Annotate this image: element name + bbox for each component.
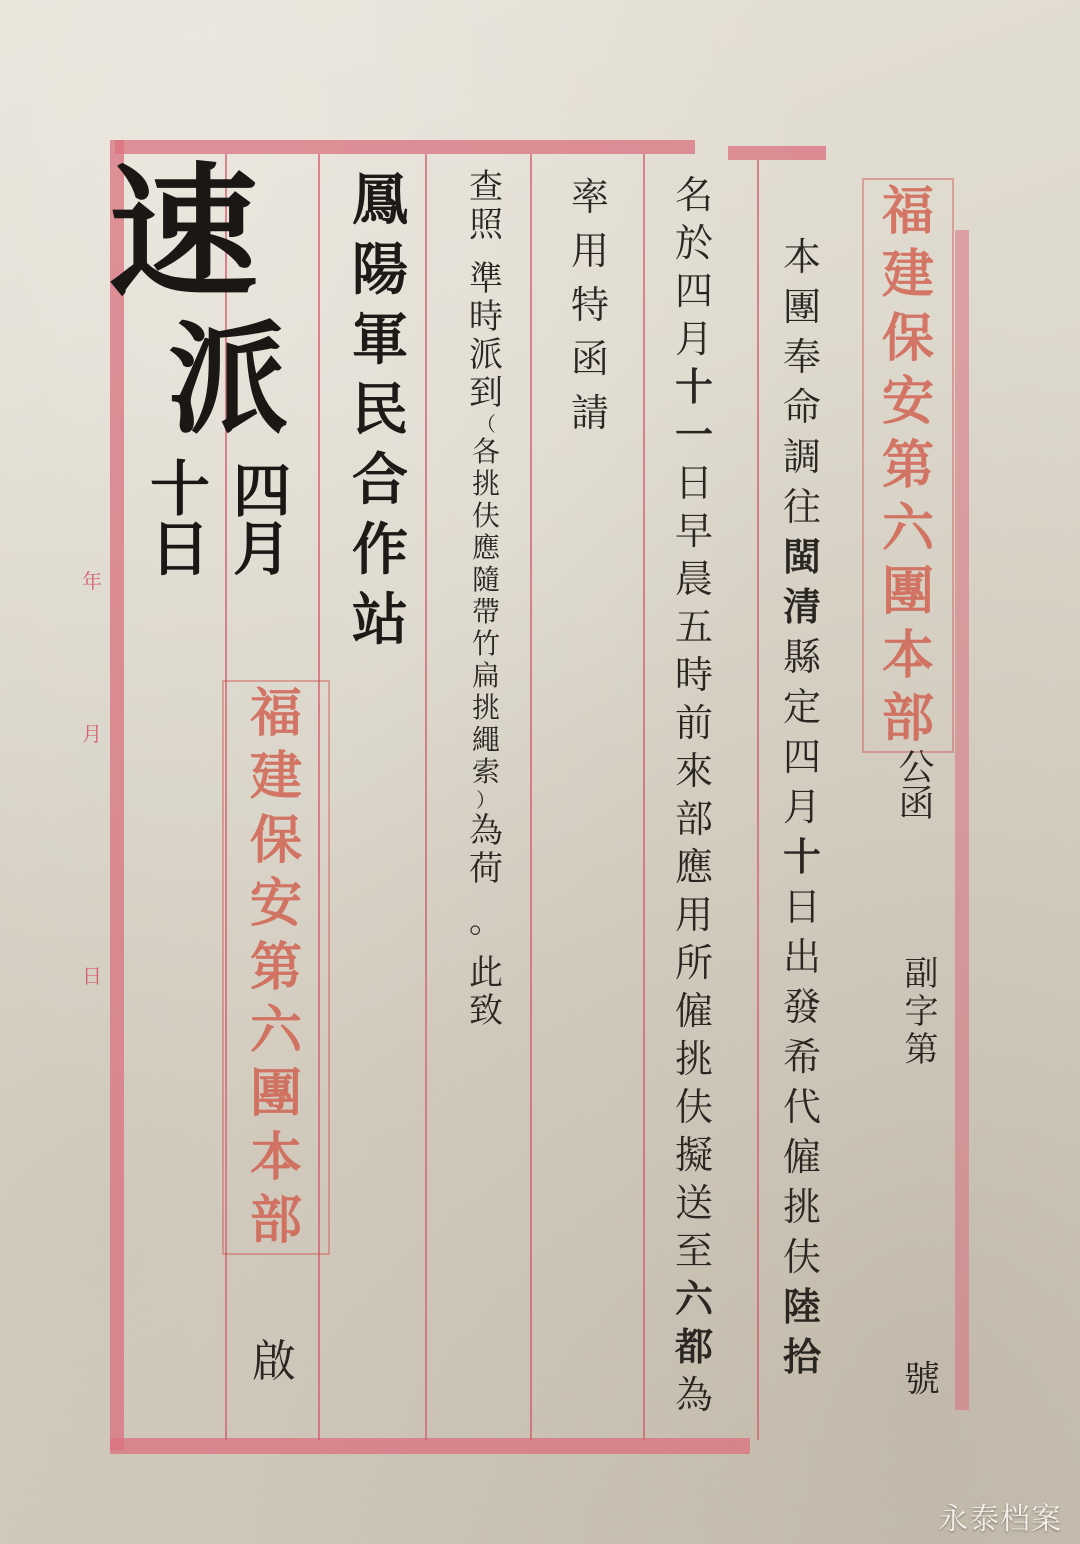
official-seal-lower: 福 建 保 安 第 六 團 本 部 [222,680,330,1255]
char: 月 [675,320,713,358]
frame-right [955,230,969,1410]
char: 伕 [675,1088,713,1126]
closing-text: 啟 [252,1340,296,1384]
body-column-2: 名 於 四 月 十 一 日 早 晨 五 時 前 來 部 應 用 所 僱 挑 伕 … [664,176,724,1414]
char: 清 [783,588,821,626]
annotation-char-2: 派 [168,320,288,440]
body-column-3: 率 用 特 函 請 [560,178,620,432]
char: 出 [783,938,821,976]
char: 準 [469,262,503,296]
seal-char: 六 [250,1005,302,1057]
char: 六 [675,1280,713,1318]
char: 來 [675,752,713,790]
serial-prefix-text: 副字第 [901,955,935,1069]
char: 照 [469,208,503,242]
char: 。 [469,904,503,938]
char: 定 [783,688,821,726]
char: 希 [783,1038,821,1076]
char: 合 [352,452,408,508]
char: 竹 [472,630,500,658]
letter-type-label: 公函 [888,748,938,820]
char: 應 [472,534,500,562]
char: 民 [352,382,408,438]
char: 應 [675,848,713,886]
char: 十 [783,838,821,876]
char: 早 [675,512,713,550]
seal-char: 部 [882,693,934,745]
char: 挑 [472,694,500,722]
char: 往 [783,488,821,526]
char: 一 [675,416,713,454]
char: 伕 [783,1238,821,1276]
char: 五 [675,608,713,646]
seal-char: 保 [882,313,934,365]
annotation-text: 速 [108,149,258,316]
seal-char: 福 [250,688,302,740]
seal-char: 部 [250,1195,302,1247]
letter-type-text: 公函 [895,748,931,820]
char: 挑 [783,1188,821,1226]
char: 代 [783,1088,821,1126]
char: 調 [783,438,821,476]
char: 陸 [783,1288,821,1326]
annotation-char-1: 速 [108,162,258,305]
char: 日 [783,888,821,926]
char: 函 [571,340,609,378]
char: 送 [675,1184,713,1222]
char: 前 [675,704,713,742]
char: 閩 [783,538,821,576]
char: 四 [675,272,713,310]
frame-top-right [728,146,826,160]
char: 挑 [472,470,500,498]
annotation-text: 十 [150,460,210,520]
char: 部 [675,800,713,838]
char: 到 [469,376,503,410]
body-column-1: 本 團 奉 命 調 往 閩 清 縣 定 四 月 十 日 出 發 希 代 僱 挑 … [772,238,832,1376]
char: 為 [675,1376,713,1414]
char: 率 [571,178,609,216]
char: 僱 [675,992,713,1030]
char: 至 [675,1232,713,1270]
seal-char: 安 [250,878,302,930]
char: 隨 [472,566,500,594]
seal-char: 安 [882,376,934,428]
seal-char: 建 [250,751,302,803]
char: 為 [469,814,503,848]
annotation-text: 日 [150,520,210,580]
char: 擬 [675,1136,713,1174]
char: 各 [472,438,500,466]
char: 於 [675,224,713,262]
char: 派 [469,338,503,372]
year-label: 年 [82,565,102,594]
official-seal-top: 福 建 保 安 第 六 團 本 部 [862,178,954,753]
seal-char: 保 [250,815,302,867]
char: 伕 [472,502,500,530]
serial-prefix: 副字第 [896,955,940,1069]
char: 名 [675,176,713,214]
char: 作 [352,522,408,578]
char: 荷 [469,852,503,886]
column-rule [530,154,532,1440]
char: 時 [675,656,713,694]
char: （ [476,414,496,434]
serial-suffix: 號 [900,1362,944,1398]
char: 所 [675,944,713,982]
char: 致 [469,994,503,1028]
char: 十 [675,368,713,406]
column-rule [643,154,645,1440]
char: 晨 [675,560,713,598]
char: 站 [352,592,408,648]
seal-char: 第 [882,440,934,492]
frame-left [110,140,124,1450]
char: 此 [469,956,503,990]
char: 帶 [472,598,500,626]
char: 挑 [675,1040,713,1078]
body-column-4: 查 照 準 時 派 到 （ 各 挑 伕 應 隨 帶 竹 扁 挑 繩 索 ） 為 … [456,170,516,1028]
char: 特 [571,286,609,324]
char: 繩 [472,726,500,754]
column-rule [757,160,759,1440]
char: 發 [783,988,821,1026]
annotation-text: 四月 [223,460,291,576]
annotation-text: 派 [168,309,288,450]
char: 鳳 [352,172,408,228]
month-label: 月 [82,718,102,747]
char: 索 [472,758,500,786]
char: 縣 [783,638,821,676]
annotation-date-month: 四月 [228,460,286,576]
seal-char: 本 [250,1132,302,1184]
addressee-column: 鳳 陽 軍 民 合 作 站 [340,172,420,648]
seal-char: 福 [882,186,934,238]
char: 本 [783,238,821,276]
seal-char: 本 [882,630,934,682]
char: 陽 [352,242,408,298]
char: 請 [571,394,609,432]
day-label: 日 [82,960,102,989]
char: 僱 [783,1138,821,1176]
char: 時 [469,300,503,334]
annotation-date-day: 十 日 [150,460,210,580]
char: 四 [783,738,821,776]
char: 用 [675,896,713,934]
seal-char: 六 [882,503,934,555]
char: 奉 [783,338,821,376]
seal-char: 團 [250,1068,302,1120]
char: 拾 [783,1338,821,1376]
char: 團 [783,288,821,326]
char: 軍 [352,312,408,368]
column-rule [425,154,427,1440]
char: 月 [783,788,821,826]
char: 命 [783,388,821,426]
watermark: 永泰档案 [938,1494,1062,1538]
char: ） [476,790,496,810]
char: 扁 [472,662,500,690]
char: 查 [469,170,503,204]
char: 都 [675,1328,713,1366]
closing-char: 啟 [244,1340,304,1384]
seal-char: 團 [882,566,934,618]
seal-char: 第 [250,942,302,994]
char: 日 [675,464,713,502]
serial-suffix-text: 號 [904,1362,940,1398]
seal-char: 建 [882,249,934,301]
char: 用 [571,232,609,270]
frame-bottom [110,1438,750,1454]
